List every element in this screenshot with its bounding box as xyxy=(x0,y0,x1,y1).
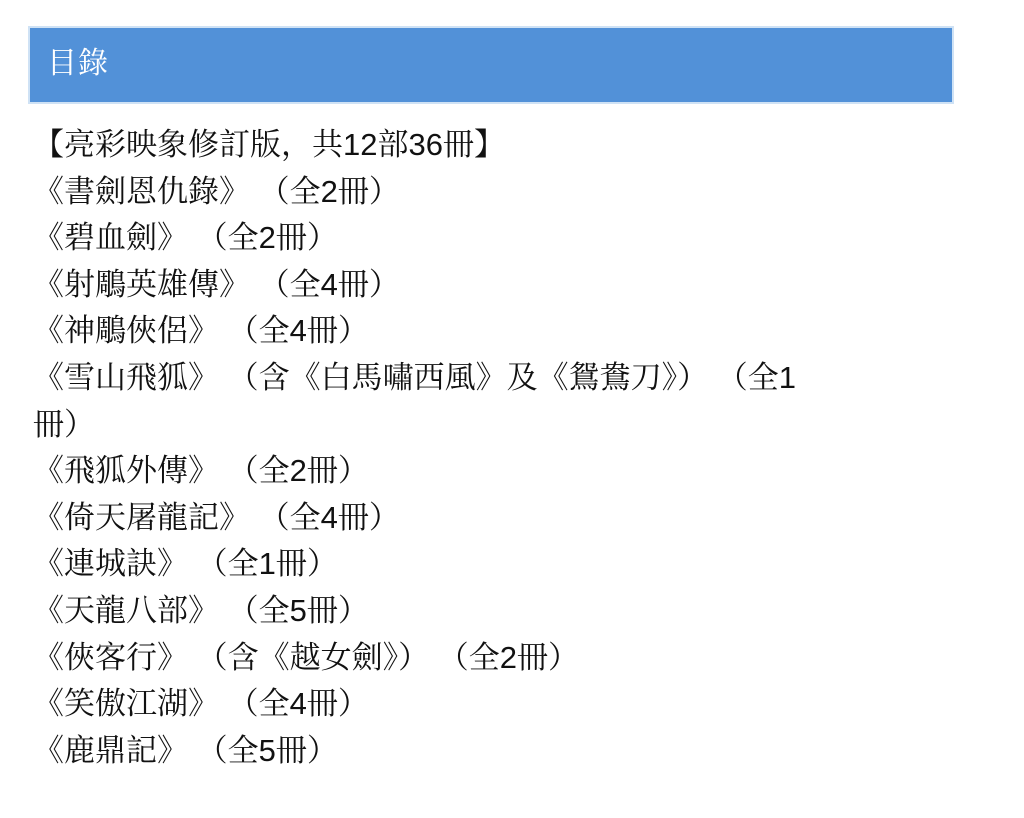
toc-line: 《神鵰俠侶》 （全4冊） xyxy=(33,308,955,355)
toc-line: 《倚天屠龍記》 （全4冊） xyxy=(33,495,955,542)
toc-content: 【亮彩映象修訂版，共12部36冊】 《書劍恩仇錄》 （全2冊） 《碧血劍》 （全… xyxy=(33,122,955,774)
toc-edition-note: 【亮彩映象修訂版，共12部36冊】 xyxy=(33,122,955,169)
toc-header-title: 目錄 xyxy=(30,28,952,100)
toc-line: 《天龍八部》 （全5冊） xyxy=(33,588,955,635)
toc-line: 《雪山飛狐》 （含《白馬嘯西風》及《鴛鴦刀》） （全1 xyxy=(33,355,955,402)
toc-line: 《笑傲江湖》 （全4冊） xyxy=(33,681,955,728)
toc-line: 《碧血劍》 （全2冊） xyxy=(33,215,955,262)
toc-line: 《鹿鼎記》 （全5冊） xyxy=(33,728,955,775)
page: 目錄 【亮彩映象修訂版，共12部36冊】 《書劍恩仇錄》 （全2冊） 《碧血劍》… xyxy=(0,0,1024,818)
toc-header-bar: 目錄 xyxy=(28,26,954,104)
toc-line: 《俠客行》 （含《越女劍》） （全2冊） xyxy=(33,635,955,682)
toc-line: 《書劍恩仇錄》 （全2冊） xyxy=(33,169,955,216)
toc-line-wrap: 冊） xyxy=(33,402,955,449)
toc-line: 《連城訣》 （全1冊） xyxy=(33,541,955,588)
toc-line: 《射鵰英雄傳》 （全4冊） xyxy=(33,262,955,309)
toc-line: 《飛狐外傳》 （全2冊） xyxy=(33,448,955,495)
